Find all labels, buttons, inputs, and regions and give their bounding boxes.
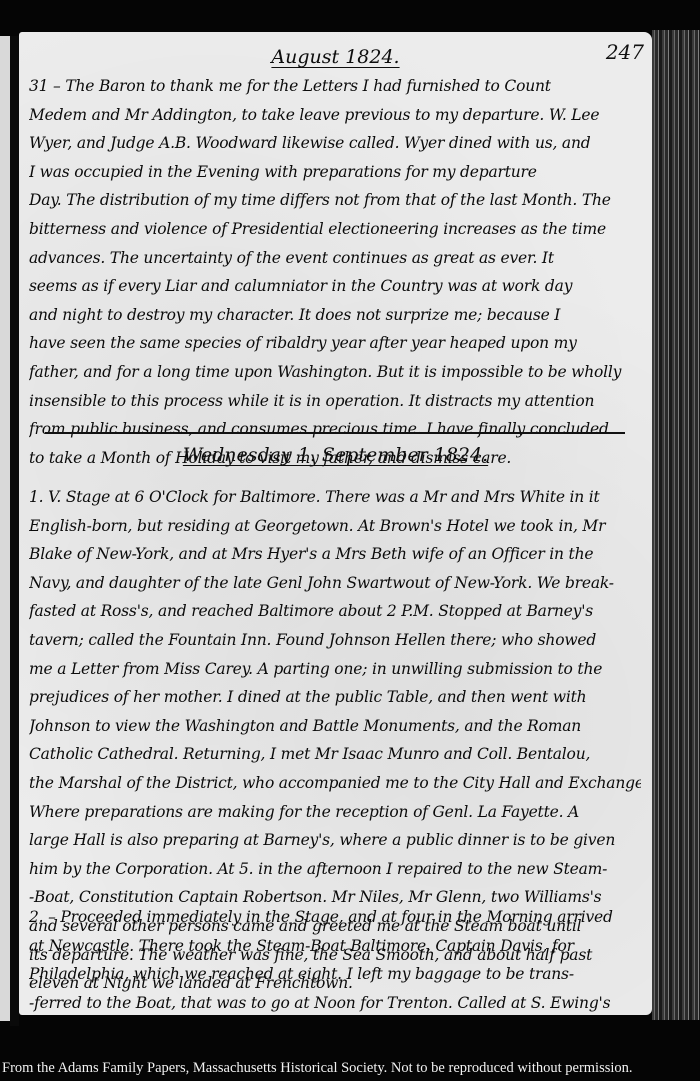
handwritten-line: large Hall is also preparing at Barney's… [29, 826, 641, 855]
handwritten-line: Johnson to view the Washington and Battl… [29, 712, 641, 741]
date-heading: Wednesday 1. September 1824. [19, 444, 652, 466]
handwritten-line: bitterness and violence of Presidential … [29, 215, 641, 244]
book-gutter [10, 36, 19, 1026]
manuscript-page: 247 August 1824. 31 – The Baron to thank… [19, 32, 652, 1015]
handwritten-line: 1. V. Stage at 6 O'Clock for Baltimore. … [29, 483, 641, 512]
handwritten-line: Day. The distribution of my time differs… [29, 186, 641, 215]
handwritten-line: from public business, and consumes preci… [29, 415, 641, 444]
facing-page-edge [0, 36, 10, 1021]
handwritten-line: Navy, and daughter of the late Genl John… [29, 569, 641, 598]
handwritten-line: Wyer, and Judge A.B. Woodward likewise c… [29, 129, 641, 158]
handwritten-line: I was occupied in the Evening with prepa… [29, 158, 641, 187]
handwritten-line: and night to destroy my character. It do… [29, 301, 641, 330]
diary-entry-aug-31: 31 – The Baron to thank me for the Lette… [29, 72, 641, 472]
handwritten-line: tavern; called the Fountain Inn. Found J… [29, 626, 641, 655]
page-stack-edges [652, 30, 700, 1020]
handwritten-line: seems as if every Liar and calumniator i… [29, 272, 641, 301]
handwritten-line: fasted at Ross's, and reached Baltimore … [29, 597, 641, 626]
handwritten-line: Catholic Cathedral. Returning, I met Mr … [29, 740, 641, 769]
handwritten-line: at Newcastle. There took the Steam-Boat … [29, 932, 641, 961]
handwritten-line: have seen the same species of ribaldry y… [29, 329, 641, 358]
handwritten-line: advances. The uncertainty of the event c… [29, 244, 641, 273]
handwritten-line: insensible to this process while it is i… [29, 387, 641, 416]
handwritten-line: him by the Corporation. At 5. in the aft… [29, 855, 641, 884]
handwritten-line: the Marshal of the District, who accompa… [29, 769, 641, 798]
handwritten-line: English-born, but residing at Georgetown… [29, 512, 641, 541]
handwritten-line: prejudices of her mother. I dined at the… [29, 683, 641, 712]
handwritten-line: 2. – Proceeded immediately in the Stage,… [29, 903, 641, 932]
handwritten-line: father, and for a long time upon Washing… [29, 358, 641, 387]
handwritten-line: -ferred to the Boat, that was to go at N… [29, 989, 641, 1015]
handwritten-line: Blake of New-York, and at Mrs Hyer's a M… [29, 540, 641, 569]
month-heading: August 1824. [19, 46, 652, 68]
handwritten-line: me a Letter from Miss Carey. A parting o… [29, 655, 641, 684]
diary-entry-sep-2: 2. – Proceeded immediately in the Stage,… [29, 903, 641, 1015]
copyright-caption: From the Adams Family Papers, Massachuse… [2, 1060, 633, 1077]
handwritten-line: 31 – The Baron to thank me for the Lette… [29, 72, 641, 101]
handwritten-line: Medem and Mr Addington, to take leave pr… [29, 101, 641, 130]
handwritten-line: Where preparations are making for the re… [29, 798, 641, 827]
section-divider [45, 432, 625, 434]
handwritten-line: Philadelphia, which we reached at eight.… [29, 960, 641, 989]
